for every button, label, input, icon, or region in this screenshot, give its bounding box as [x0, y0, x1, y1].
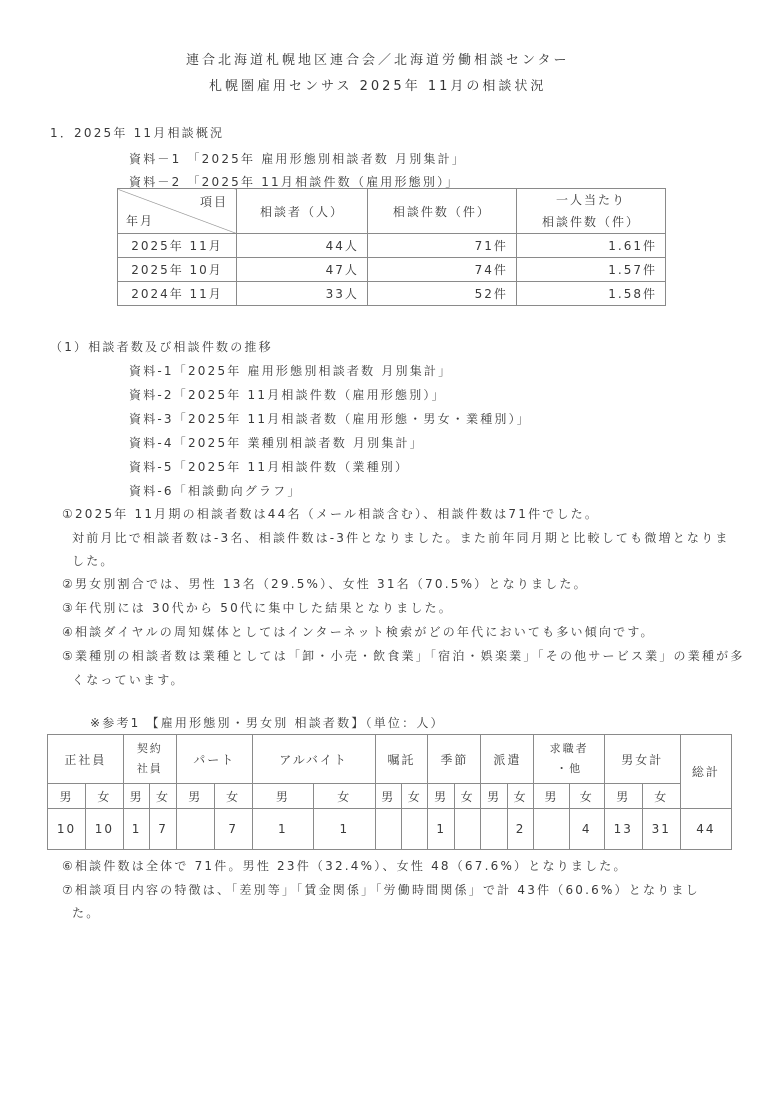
gender-header-row: 男 女 男 女 男 女 男 女 男 女 男 女 男 女 男 女 男 女 — [48, 784, 732, 809]
reference-table-caption: ※参考1 【雇用形態別・男女別 相談者数】（単位：人） — [90, 714, 445, 731]
grand-total-cell: 44 — [680, 809, 731, 850]
category-header-row: 正社員 契約 社員 パート アルバイト 嘱託 季節 派遣 求職者 ・他 男女計 … — [48, 735, 732, 784]
category-header-line1: 契約 — [124, 739, 176, 759]
per-person-cell: 1.57件 — [516, 258, 665, 282]
category-header: 嘱託 — [375, 735, 428, 784]
per-person-cell: 1.61件 — [516, 234, 665, 258]
period-cell: 2024年 11月 — [118, 282, 237, 306]
category-header: 正社員 — [48, 735, 124, 784]
reference-item: 資料－1 「2025年 雇用形態別相談者数 月別集計」 — [129, 150, 466, 167]
grand-total-header: 総計 — [680, 735, 731, 809]
column-header-line1: 一人当たり — [525, 189, 657, 211]
consultees-cell: 47人 — [237, 258, 368, 282]
female-header: 女 — [507, 784, 533, 809]
finding-6: ⑥相談件数は全体で 71件。男性 23件（32.4%）、女性 48（67.6%）… — [62, 857, 628, 874]
reference-item: 資料-6「相談動向グラフ」 — [129, 482, 302, 499]
period-cell: 2025年 10月 — [118, 258, 237, 282]
arbeit-male-cell: 1 — [252, 809, 313, 850]
category-header: パート — [176, 735, 252, 784]
haken-male-cell — [481, 809, 507, 850]
corner-item-label: 項目 — [200, 193, 228, 210]
finding-5: ⑤業種別の相談者数は業種としては「卸・小売・飲食業」「宿泊・娯楽業」「その他サー… — [62, 647, 745, 664]
male-header: 男 — [534, 784, 569, 809]
male-header: 男 — [375, 784, 401, 809]
consultees-cell: 33人 — [237, 282, 368, 306]
category-header: 求職者 ・他 — [534, 735, 605, 784]
category-header-line1: 求職者 — [534, 739, 604, 759]
document-title-line2: 札幌圏雇用センサス 2025年 11月の相談状況 — [209, 75, 546, 94]
finding-1: ①2025年 11月期の相談者数は44名（メール相談含む）、相談件数は71件でし… — [62, 505, 599, 522]
female-header: 女 — [401, 784, 427, 809]
seishain-female-cell: 10 — [85, 809, 123, 850]
shokutaku-male-cell — [375, 809, 401, 850]
keiyaku-male-cell: 1 — [123, 809, 149, 850]
corner-header-cell: 項目 年月 — [118, 189, 237, 234]
male-header: 男 — [48, 784, 86, 809]
finding-1-continued: 対前月比で相談者数は-3名、相談件数は-3件となりました。また前年同月期と比較し… — [72, 529, 730, 546]
finding-2: ②男女別割合では、男性 13名（29.5%）、女性 31名（70.5%）となりま… — [62, 575, 588, 592]
male-header: 男 — [428, 784, 454, 809]
part-male-cell — [176, 809, 214, 850]
finding-1-continued: した。 — [72, 552, 115, 569]
category-header: 派遣 — [481, 735, 534, 784]
category-header-line2: ・他 — [534, 759, 604, 779]
male-header: 男 — [176, 784, 214, 809]
shokutaku-female-cell — [401, 809, 427, 850]
seishain-male-cell: 10 — [48, 809, 86, 850]
consultees-cell: 44人 — [237, 234, 368, 258]
employment-gender-table: 正社員 契約 社員 パート アルバイト 嘱託 季節 派遣 求職者 ・他 男女計 … — [47, 734, 732, 850]
haken-female-cell: 2 — [507, 809, 533, 850]
period-cell: 2025年 11月 — [118, 234, 237, 258]
kisetsu-female-cell — [454, 809, 480, 850]
table-row: 10 10 1 7 7 1 1 1 2 4 13 31 44 — [48, 809, 732, 850]
column-header: 一人当たり 相談件数（件） — [516, 189, 665, 234]
male-header: 男 — [604, 784, 642, 809]
female-header: 女 — [642, 784, 680, 809]
total-male-cell: 13 — [604, 809, 642, 850]
female-header: 女 — [314, 784, 375, 809]
keiyaku-female-cell: 7 — [150, 809, 176, 850]
kyushoku-female-cell: 4 — [569, 809, 604, 850]
female-header: 女 — [214, 784, 252, 809]
finding-4: ④相談ダイヤルの周知媒体としてはインターネット検索がどの年代においても多い傾向で… — [62, 623, 655, 640]
corner-period-label: 年月 — [126, 212, 154, 229]
section-heading: 1．2025年 11月相談概況 — [50, 124, 224, 141]
finding-3: ③年代別には 30代から 50代に集中した結果となりました。 — [62, 599, 453, 616]
kisetsu-male-cell: 1 — [428, 809, 454, 850]
reference-item: 資料-5「2025年 11月相談件数（業種別） — [129, 458, 409, 475]
category-header-line2: 社員 — [124, 759, 176, 779]
table-row: 2025年 11月 44人 71件 1.61件 — [118, 234, 666, 258]
part-female-cell: 7 — [214, 809, 252, 850]
column-header: 相談者（人） — [237, 189, 368, 234]
finding-7-continued: た。 — [72, 904, 100, 921]
column-header-line2: 相談件数（件） — [525, 211, 657, 233]
table-header-row: 項目 年月 相談者（人） 相談件数（件） 一人当たり 相談件数（件） — [118, 189, 666, 234]
female-header: 女 — [85, 784, 123, 809]
cases-cell: 74件 — [367, 258, 516, 282]
category-header: 契約 社員 — [123, 735, 176, 784]
table-row: 2024年 11月 33人 52件 1.58件 — [118, 282, 666, 306]
female-header: 女 — [569, 784, 604, 809]
total-female-cell: 31 — [642, 809, 680, 850]
arbeit-female-cell: 1 — [314, 809, 375, 850]
table-row: 2025年 10月 47人 74件 1.57件 — [118, 258, 666, 282]
reference-item: 資料-1「2025年 雇用形態別相談者数 月別集計」 — [129, 362, 452, 379]
category-header: 季節 — [428, 735, 481, 784]
finding-5-continued: くなっています。 — [72, 671, 185, 688]
finding-7: ⑦相談項目内容の特徴は、「差別等」「賃金関係」「労働時間関係」で計 43件（60… — [62, 881, 700, 898]
category-header: 男女計 — [604, 735, 680, 784]
reference-item: 資料-2「2025年 11月相談件数（雇用形態別）」 — [129, 386, 446, 403]
document-title-line1: 連合北海道札幌地区連合会／北海道労働相談センター — [186, 49, 569, 68]
column-header: 相談件数（件） — [367, 189, 516, 234]
cases-cell: 71件 — [367, 234, 516, 258]
reference-item: 資料-4「2025年 業種別相談者数 月別集計」 — [129, 434, 424, 451]
male-header: 男 — [123, 784, 149, 809]
subsection-heading: （1）相談者数及び相談件数の推移 — [50, 338, 273, 355]
reference-item: 資料-3「2025年 11月相談者数（雇用形態・男女・業種別）」 — [129, 410, 531, 427]
category-header: アルバイト — [252, 735, 375, 784]
summary-table: 項目 年月 相談者（人） 相談件数（件） 一人当たり 相談件数（件） 2025年… — [117, 188, 666, 306]
male-header: 男 — [481, 784, 507, 809]
cases-cell: 52件 — [367, 282, 516, 306]
female-header: 女 — [454, 784, 480, 809]
male-header: 男 — [252, 784, 313, 809]
female-header: 女 — [150, 784, 176, 809]
kyushoku-male-cell — [534, 809, 569, 850]
per-person-cell: 1.58件 — [516, 282, 665, 306]
